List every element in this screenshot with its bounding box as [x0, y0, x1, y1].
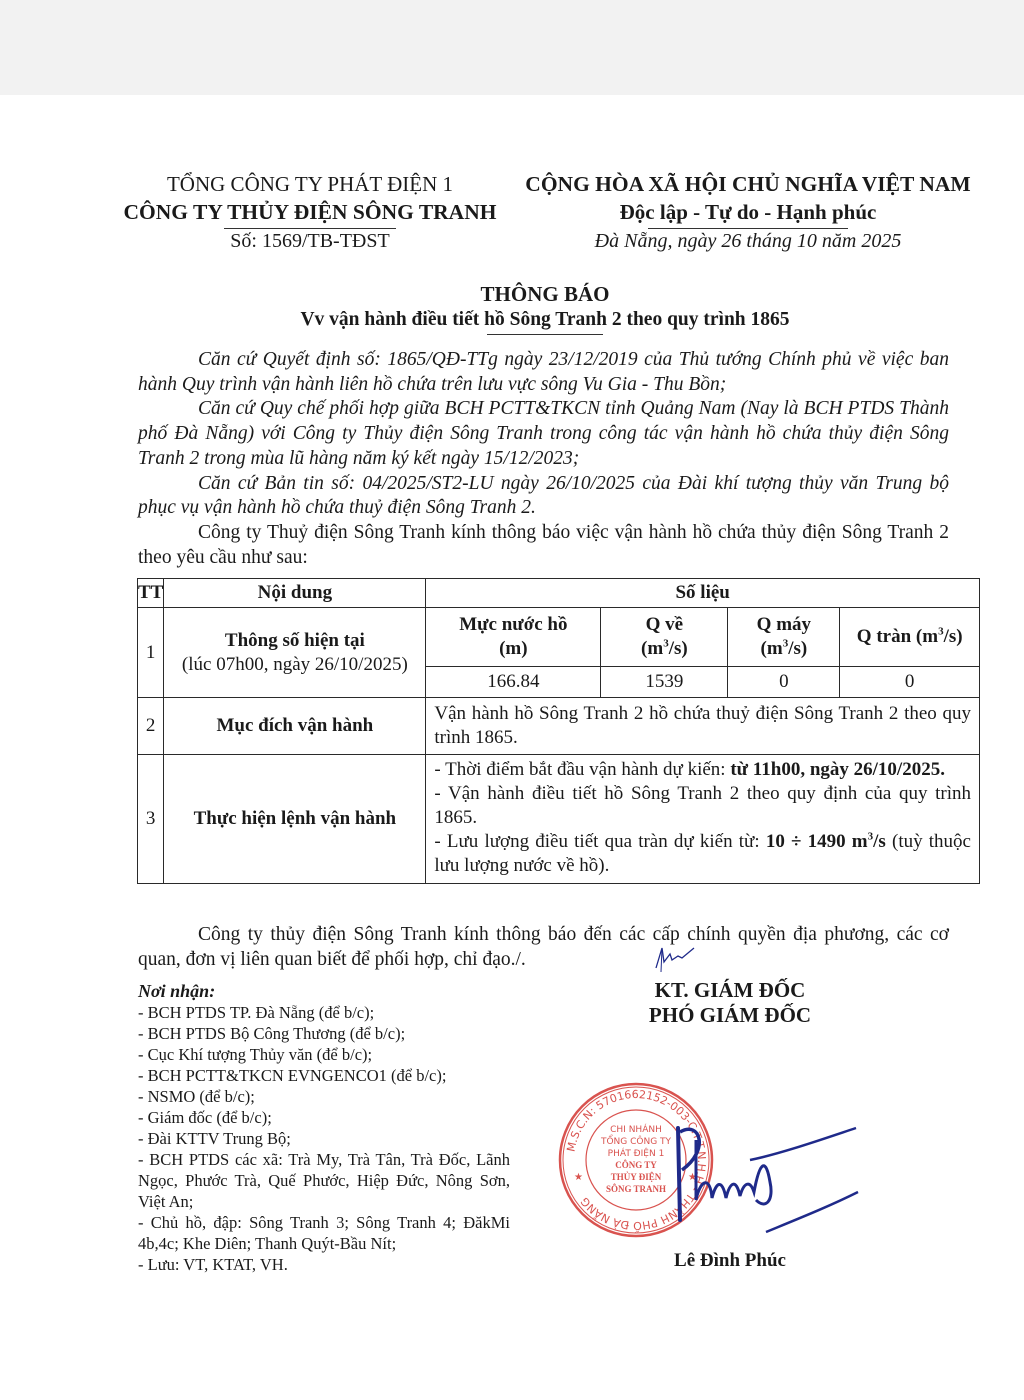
svg-text:PHÁT ĐIỆN 1: PHÁT ĐIỆN 1 — [608, 1147, 665, 1159]
operation-table: TT Nội dung Số liệu 1 Thông số hiện tại … — [137, 578, 980, 884]
col-q-inflow-unit: (m3/s) — [609, 637, 719, 661]
header-data: Số liệu — [426, 579, 980, 608]
table-row: 1 Thông số hiện tại (lúc 07h00, ngày 26/… — [138, 608, 980, 667]
document-body: Căn cứ Quyết định số: 1865/QĐ-TTg ngày 2… — [138, 348, 949, 570]
recipient-item: - Giám đốc (để b/c); — [138, 1107, 510, 1128]
legal-basis-1: Căn cứ Quyết định số: 1865/QĐ-TTg ngày 2… — [138, 348, 949, 397]
col-water-level-name: Mực nước hồ — [434, 613, 592, 637]
row1-label-cell: Thông số hiện tại (lúc 07h00, ngày 26/10… — [164, 608, 426, 698]
value-q-turbine: 0 — [728, 667, 840, 698]
row1-tt: 1 — [138, 608, 164, 698]
row3-line3: - Lưu lượng điều tiết qua tràn dự kiến t… — [434, 830, 971, 878]
parent-org: TỔNG CÔNG TY PHÁT ĐIỆN 1 — [100, 170, 520, 198]
value-q-spill: 0 — [840, 667, 980, 698]
row3-label: Thực hiện lệnh vận hành — [164, 755, 426, 884]
header-content: Nội dung — [164, 579, 426, 608]
doc-type: THÔNG BÁO — [130, 281, 960, 307]
national-motto: Độc lập - Tự do - Hạnh phúc — [498, 198, 998, 226]
nation-title: CỘNG HÒA XÃ HỘI CHỦ NGHĨA VIỆT NAM — [498, 170, 998, 198]
col-water-level-unit: (m) — [434, 637, 592, 661]
signature-title: KT. GIÁM ĐỐC PHÓ GIÁM ĐỐC — [580, 978, 880, 1028]
svg-text:CHI NHÁNH: CHI NHÁNH — [610, 1123, 662, 1135]
document-title: THÔNG BÁO Vv vận hành điều tiết hồ Sông … — [130, 281, 960, 335]
row1-sublabel: (lúc 07h00, ngày 26/10/2025) — [172, 653, 417, 677]
recipient-item: - Đài KTTV Trung Bộ; — [138, 1128, 510, 1149]
row2-tt: 2 — [138, 698, 164, 755]
initial-mark-icon — [648, 944, 698, 974]
svg-text:SÔNG TRANH: SÔNG TRANH — [606, 1184, 666, 1194]
recipients-block: Nơi nhận: - BCH PTDS TP. Đà Nẵng (để b/c… — [138, 980, 510, 1275]
row3-line1: - Thời điểm bắt đầu vận hành dự kiến: từ… — [434, 758, 971, 782]
subject-underline — [487, 334, 603, 335]
col-water-level: Mực nước hồ (m) — [426, 608, 601, 667]
recipient-item: - BCH PCTT&TKCN EVNGENCO1 (để b/c); — [138, 1065, 510, 1086]
recipient-item: - Cục Khí tượng Thủy văn (để b/c); — [138, 1044, 510, 1065]
col-q-inflow: Q về (m3/s) — [601, 608, 728, 667]
row3-line2: - Vận hành điều tiết hồ Sông Tranh 2 the… — [434, 782, 971, 830]
svg-text:★: ★ — [574, 1172, 583, 1183]
row1-label: Thông số hiện tại — [172, 629, 417, 653]
issuing-org: CÔNG TY THỦY ĐIỆN SÔNG TRANH — [100, 198, 520, 226]
legal-basis-2: Căn cứ Quy chế phối hợp giữa BCH PCTT&TK… — [138, 397, 949, 471]
value-q-inflow: 1539 — [601, 667, 728, 698]
recipient-item: - Chủ hồ, đập: Sông Tranh 3; Sông Tranh … — [138, 1212, 510, 1254]
svg-text:CÔNG TY: CÔNG TY — [615, 1160, 657, 1170]
row3-content: - Thời điểm bắt đầu vận hành dự kiến: từ… — [426, 755, 980, 884]
recipient-item: - BCH PTDS các xã: Trà My, Trà Tân, Trà … — [138, 1149, 510, 1212]
col-q-turbine-name: Q máy — [736, 613, 831, 637]
doc-number: Số: 1569/TB-TĐST — [100, 229, 520, 253]
intro-paragraph: Công ty Thuỷ điện Sông Tranh kính thông … — [138, 521, 949, 570]
signer-role-2: PHÓ GIÁM ĐỐC — [580, 1003, 880, 1028]
svg-text:THỦY ĐIỆN: THỦY ĐIỆN — [611, 1172, 662, 1182]
place-date: Đà Nẵng, ngày 26 tháng 10 năm 2025 — [498, 229, 998, 253]
row2-text: Vận hành hồ Sông Tranh 2 hồ chứa thuỷ đi… — [426, 698, 980, 755]
recipient-item: - BCH PTDS Bộ Công Thương (để b/c); — [138, 1023, 510, 1044]
col-q-turbine: Q máy (m3/s) — [728, 608, 840, 667]
signer-name: Lê Đình Phúc — [580, 1250, 880, 1272]
doc-subject: Vv vận hành điều tiết hồ Sông Tranh 2 th… — [130, 307, 960, 333]
row3-tt: 3 — [138, 755, 164, 884]
viewer-top-band — [0, 0, 1024, 95]
value-water-level: 166.84 — [426, 667, 601, 698]
recipient-item: - BCH PTDS TP. Đà Nẵng (để b/c); — [138, 1002, 510, 1023]
table-row: 2 Mục đích vận hành Vận hành hồ Sông Tra… — [138, 698, 980, 755]
handwritten-signature-icon — [670, 1120, 860, 1235]
col-q-turbine-unit: (m3/s) — [736, 637, 831, 661]
col-q-inflow-name: Q về — [609, 613, 719, 637]
recipient-item: - Lưu: VT, KTAT, VH. — [138, 1254, 510, 1275]
national-header: CỘNG HÒA XÃ HỘI CHỦ NGHĨA VIỆT NAM Độc l… — [498, 170, 998, 253]
table-row: 3 Thực hiện lệnh vận hành - Thời điểm bắ… — [138, 755, 980, 884]
closing-paragraph: Công ty thủy điện Sông Tranh kính thông … — [138, 922, 949, 972]
header-tt: TT — [138, 579, 164, 608]
recipients-heading: Nơi nhận: — [138, 980, 510, 1002]
row2-label: Mục đích vận hành — [164, 698, 426, 755]
issuer-block: TỔNG CÔNG TY PHÁT ĐIỆN 1 CÔNG TY THỦY ĐI… — [100, 170, 520, 253]
closing-text: Công ty thủy điện Sông Tranh kính thông … — [138, 922, 949, 972]
col-q-spill: Q tràn (m3/s) — [840, 608, 980, 667]
signer-role-1: KT. GIÁM ĐỐC — [580, 978, 880, 1003]
recipient-item: - NSMO (để b/c); — [138, 1086, 510, 1107]
svg-text:TỔNG CÔNG TY: TỔNG CÔNG TY — [600, 1134, 672, 1147]
legal-basis-3: Căn cứ Bản tin số: 04/2025/ST2-LU ngày 2… — [138, 472, 949, 521]
table-header-row: TT Nội dung Số liệu — [138, 579, 980, 608]
